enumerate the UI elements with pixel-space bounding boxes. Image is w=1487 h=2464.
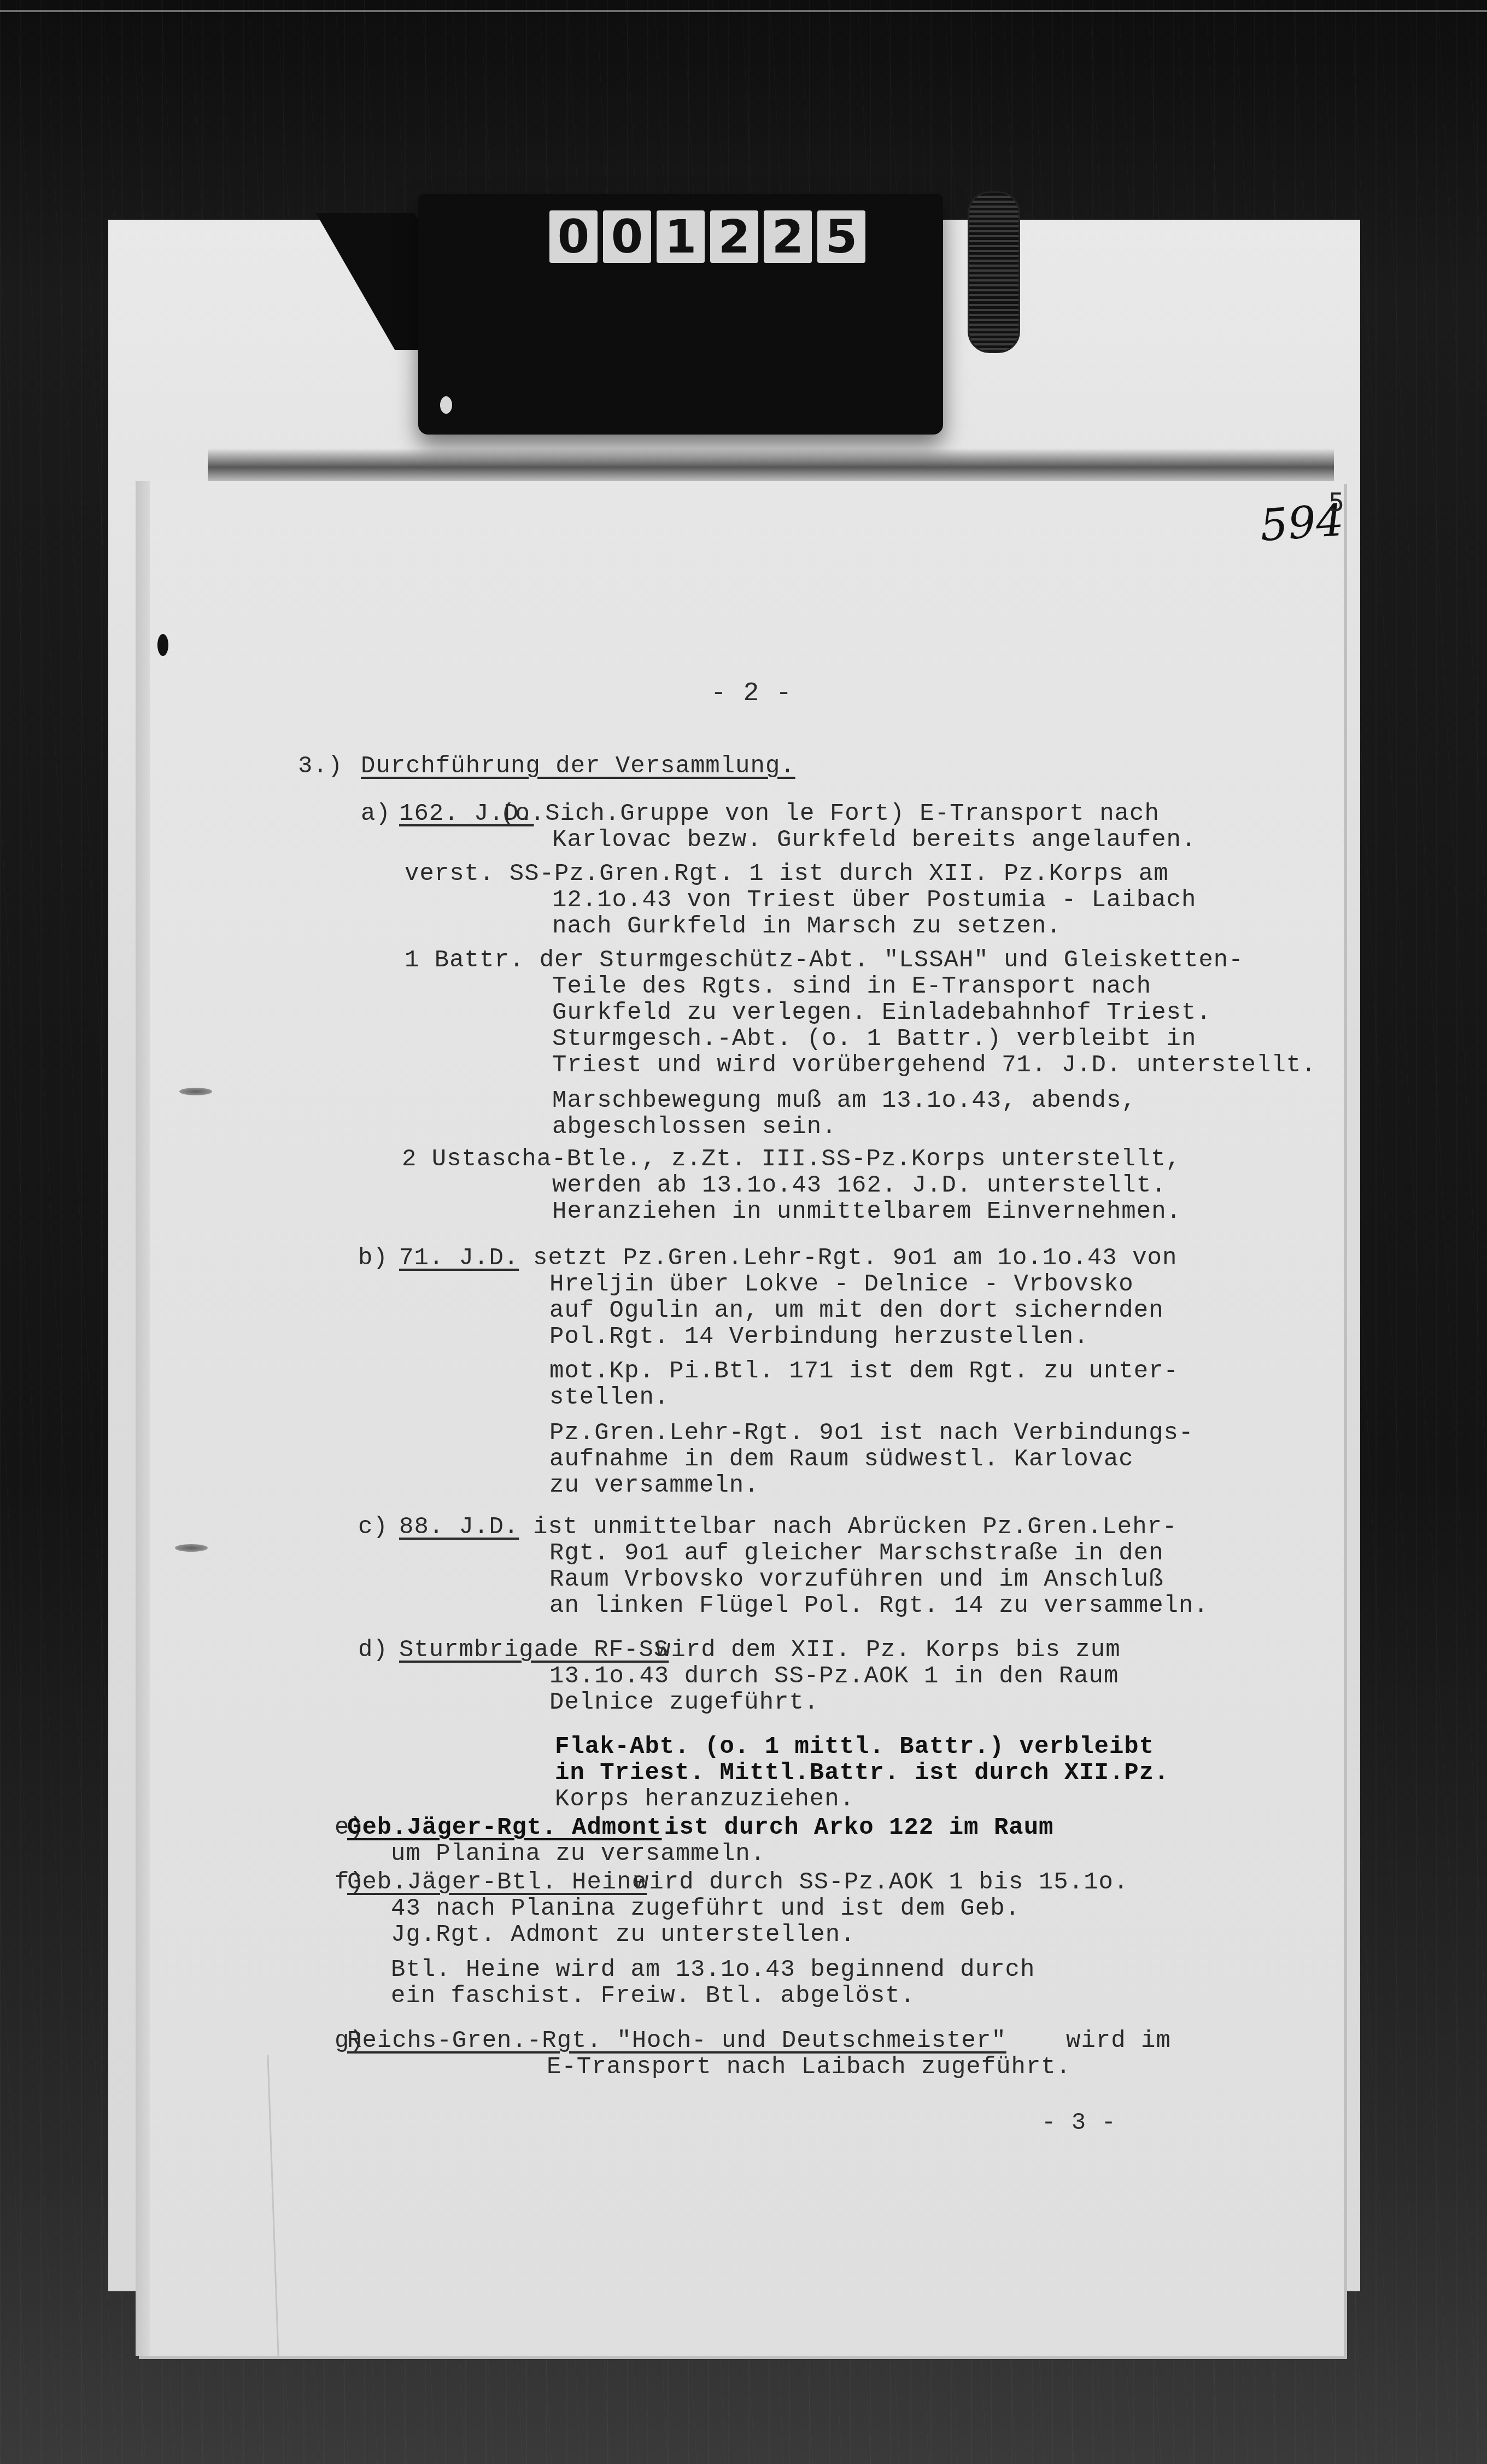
item-unit-text: Geb.Jäger-Btl. Heine [347,1869,647,1896]
paragraph-line: Rgt. 9o1 auf gleicher Marschstraße in de… [549,1540,1164,1567]
item-unit: 71. J.D. [399,1245,519,1271]
paragraph-line: setzt Pz.Gren.Lehr-Rgt. 9o1 am 1o.1o.43 … [533,1245,1177,1271]
item-unit-text: Geb.Jäger-Rgt. Admont [347,1814,662,1841]
paragraph-line: Heranziehen in unmittelbarem Einvernehme… [552,1199,1181,1225]
paragraph-line: um Planina zu versammeln. [391,1841,765,1867]
counter-digit: 2 [710,210,758,263]
item-letter: d) [358,1637,388,1663]
paragraph-line: Gurkfeld zu verlegen. Einladebahnhof Tri… [552,1000,1211,1026]
paragraph-line: (o.Sich.Gruppe von le Fort) E-Transport … [500,801,1160,827]
counter-digit: 0 [549,210,598,263]
paragraph-line: Hreljin über Lokve - Delnice - Vrbovsko [549,1271,1134,1298]
paragraph-line: 1 Battr. der Sturmgeschütz-Abt. "LSSAH" … [405,947,1244,973]
section-title-text: Durchführung der Versammlung. [361,753,795,780]
page-header-number: - 2 - [711,680,792,707]
paragraph-line: auf Ogulin an, um mit den dort sichernde… [549,1298,1164,1324]
paragraph-line: Pz.Gren.Lehr-Rgt. 9o1 ist nach Verbindun… [549,1420,1193,1446]
paragraph-line: Sturmgesch.-Abt. (o. 1 Battr.) verbleibt… [552,1026,1196,1052]
item-letter: c) [358,1514,388,1540]
paragraph-line: 2 Ustascha-Btle., z.Zt. III.SS-Pz.Korps … [402,1146,1181,1172]
paragraph-line: ein faschist. Freiw. Btl. abgelöst. [391,1983,915,2009]
counter-digit: 5 [817,210,865,263]
item-unit: Sturmbrigade RF-SS [399,1637,669,1663]
page-fold-line [267,2055,279,2356]
page-footer-number: - 3 - [1041,2110,1116,2136]
item-unit: Geb.Jäger-Btl. Heine [347,1869,647,1896]
paragraph-line: E-Transport nach Laibach zugeführt. [547,2054,1071,2080]
paragraph-line: Btl. Heine wird am 13.1o.43 beginnend du… [391,1957,1035,1983]
item-unit-text: 88. J.D. [399,1513,519,1541]
paragraph-line: an linken Flügel Pol. Rgt. 14 zu versamm… [549,1593,1209,1619]
paragraph-line: wird dem XII. Pz. Korps bis zum [656,1637,1121,1663]
paragraph-line: 13.1o.43 durch SS-Pz.AOK 1 in den Raum [549,1663,1119,1689]
paragraph-line: mot.Kp. Pi.Btl. 171 ist dem Rgt. zu unte… [549,1358,1179,1384]
item-unit: Reichs-Gren.-Rgt. "Hoch- und Deutschmeis… [347,2028,1006,2054]
item-unit-text: Sturmbrigade RF-SS [399,1636,669,1664]
paragraph-line: in Triest. Mittl.Battr. ist durch XII.Pz… [555,1760,1169,1786]
paragraph-line: Pol.Rgt. 14 Verbindung herzustellen. [549,1324,1089,1350]
item-unit: Geb.Jäger-Rgt. Admont [347,1815,662,1841]
paragraph-line: Teile des Rgts. sind in E-Transport nach [552,973,1151,1000]
paragraph-line: Marschbewegung muß am 13.1o.43, abends, [552,1088,1137,1114]
punch-hole [175,1544,208,1552]
paragraph-line: Delnice zugeführt. [549,1689,819,1716]
counter-screw-hole [440,396,452,414]
counter-digit: 1 [657,210,705,263]
paragraph-line: Flak-Abt. (o. 1 mittl. Battr.) verbleibt [555,1734,1154,1760]
paragraph-line: werden ab 13.1o.43 162. J.D. unterstellt… [552,1172,1167,1199]
counter-digit: 0 [603,210,651,263]
paragraph-line: aufnahme in dem Raum südwestl. Karlovac [549,1446,1134,1472]
section-number: 3.) [298,753,343,779]
item-letter: b) [358,1245,388,1271]
paragraph-line: Jg.Rgt. Admont zu unterstellen. [391,1922,856,1948]
item-unit-text: 71. J.D. [399,1245,519,1272]
page-left-edge [136,481,150,2356]
frame-counter-digits: 0 0 1 2 2 5 [549,210,865,263]
paragraph-line: Karlovac bezw. Gurkfeld bereits angelauf… [552,827,1196,853]
counter-digit: 2 [764,210,812,263]
punch-hole [179,1088,212,1095]
item-unit-text: Reichs-Gren.-Rgt. "Hoch- und Deutschmeis… [347,2027,1006,2055]
paragraph-line: Triest und wird vorübergehend 71. J.D. u… [552,1052,1316,1078]
paragraph-line: abgeschlossen sein. [552,1114,837,1140]
counter-knurled-wheel [968,191,1020,353]
folio-superscript: 5 [1328,488,1344,517]
paragraph-line: stellen. [549,1384,669,1411]
paragraph-line: Raum Vrbovsko vorzuführen und im Anschlu… [549,1567,1164,1593]
paragraph-line: ist unmittelbar nach Abrücken Pz.Gren.Le… [533,1514,1177,1540]
paragraph-line: verst. SS-Pz.Gren.Rgt. 1 ist durch XII. … [405,861,1169,887]
item-letter: a) [361,801,391,827]
paragraph-line: wird im [1066,2028,1171,2054]
frame-counter-device: 0 0 1 2 2 5 [418,194,943,435]
section-title: Durchführung der Versammlung. [361,753,795,779]
film-edge-line [0,10,1487,12]
paragraph-line: 43 nach Planina zugeführt und ist dem Ge… [391,1896,1020,1922]
paragraph-line: Korps heranzuziehen. [555,1786,854,1812]
item-unit: 88. J.D. [399,1514,519,1540]
paragraph-line: wird durch SS-Pz.AOK 1 bis 15.1o. [634,1869,1128,1896]
paragraph-line: ist durch Arko 122 im Raum [664,1815,1054,1841]
paragraph-line: 12.1o.43 von Triest über Postumia - Laib… [552,887,1196,913]
paragraph-line: nach Gurkfeld in Marsch zu setzen. [552,913,1062,940]
paragraph-line: zu versammeln. [549,1472,759,1499]
stain-mark [157,634,168,656]
